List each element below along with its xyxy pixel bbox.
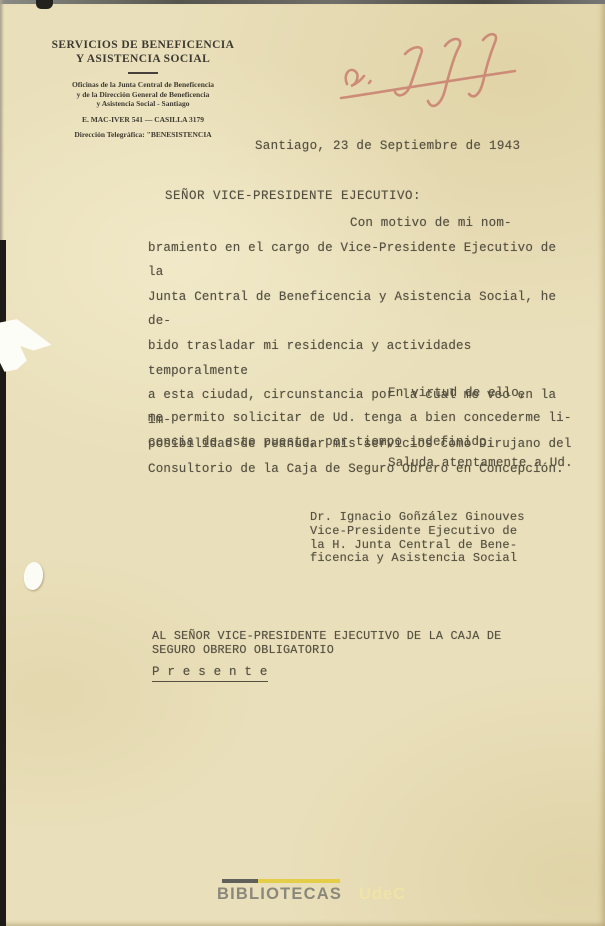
recipient-line: SEGURO OBRERO OBLIGATORIO [152,644,501,658]
recipient-line: AL SEÑOR VICE-PRESIDENTE EJECUTIVO DE LA… [152,630,501,644]
letterhead-address: E. MAC-IVER 541 — CASILLA 3179 [47,115,239,124]
letterhead-office-line1: Oficinas de la Junta Central de Benefice… [47,80,239,90]
body-line: bido trasladar mi residencia y actividad… [148,334,578,383]
body-line: me permito solicitar de Ud. tenga a bien… [148,406,578,431]
salutation: SEÑOR VICE-PRESIDENTE EJECUTIVO: [165,189,421,203]
signature-title-line: Vice-Presidente Ejecutivo de [310,525,525,539]
paper-hole [22,561,45,591]
body-line: Con motivo de mi nom- [148,211,578,236]
body-line: cencia de este puesto, por tiempo indefi… [148,430,578,455]
signature-name: Dr. Ignacio Goñzález Ginouves [310,511,525,525]
paper-tear [0,318,56,374]
letterhead-telegraph: Dirección Telegráfica: "BENESISTENCIA [47,130,239,139]
body-line: En virtud de ello, [148,381,578,406]
letterhead-office-line3: y Asistencia Social - Santiago [47,99,239,109]
closing-line: Saluda atentamente a Ud. [388,456,573,470]
paragraph-2: En virtud de ello, me permito solicitar … [148,381,578,455]
watermark-institution-text: UdeC [359,885,406,904]
letterhead-title-line2: Y ASISTENCIA SOCIAL [47,52,239,66]
scan-top-mark [36,0,53,9]
presente-line: P r e s e n t e [152,665,268,682]
letterhead-office-line2: y de la Dirección General de Beneficenci… [47,90,239,100]
letterhead-title-line1: SERVICIOS DE BENEFICENCIA [47,38,239,52]
recipient-block: AL SEÑOR VICE-PRESIDENTE EJECUTIVO DE LA… [152,630,501,658]
handwriting-strokes-icon [333,28,528,118]
dateline: Santiago, 23 de Septiembre de 1943 [255,139,520,153]
body-line: bramiento en el cargo de Vice-Presidente… [148,236,578,285]
scan-left-edge-light [0,0,4,260]
scanned-letter-page: SERVICIOS DE BENEFICENCIA Y ASISTENCIA S… [0,0,605,926]
signature-block: Dr. Ignacio Goñzález Ginouves Vice-Presi… [310,511,525,566]
watermark-bar-dark-segment [222,879,258,883]
handwritten-initials-annotation [333,28,528,118]
signature-title-line: ficencia y Asistencia Social [310,552,525,566]
letterhead: SERVICIOS DE BENEFICENCIA Y ASISTENCIA S… [47,38,239,139]
watermark-library-text: BIBLIOTECAS [217,885,342,904]
letterhead-divider [128,72,158,74]
watermark-bar [222,879,340,883]
scan-top-edge [0,0,605,4]
body-line: Junta Central de Beneficencia y Asistenc… [148,285,578,334]
